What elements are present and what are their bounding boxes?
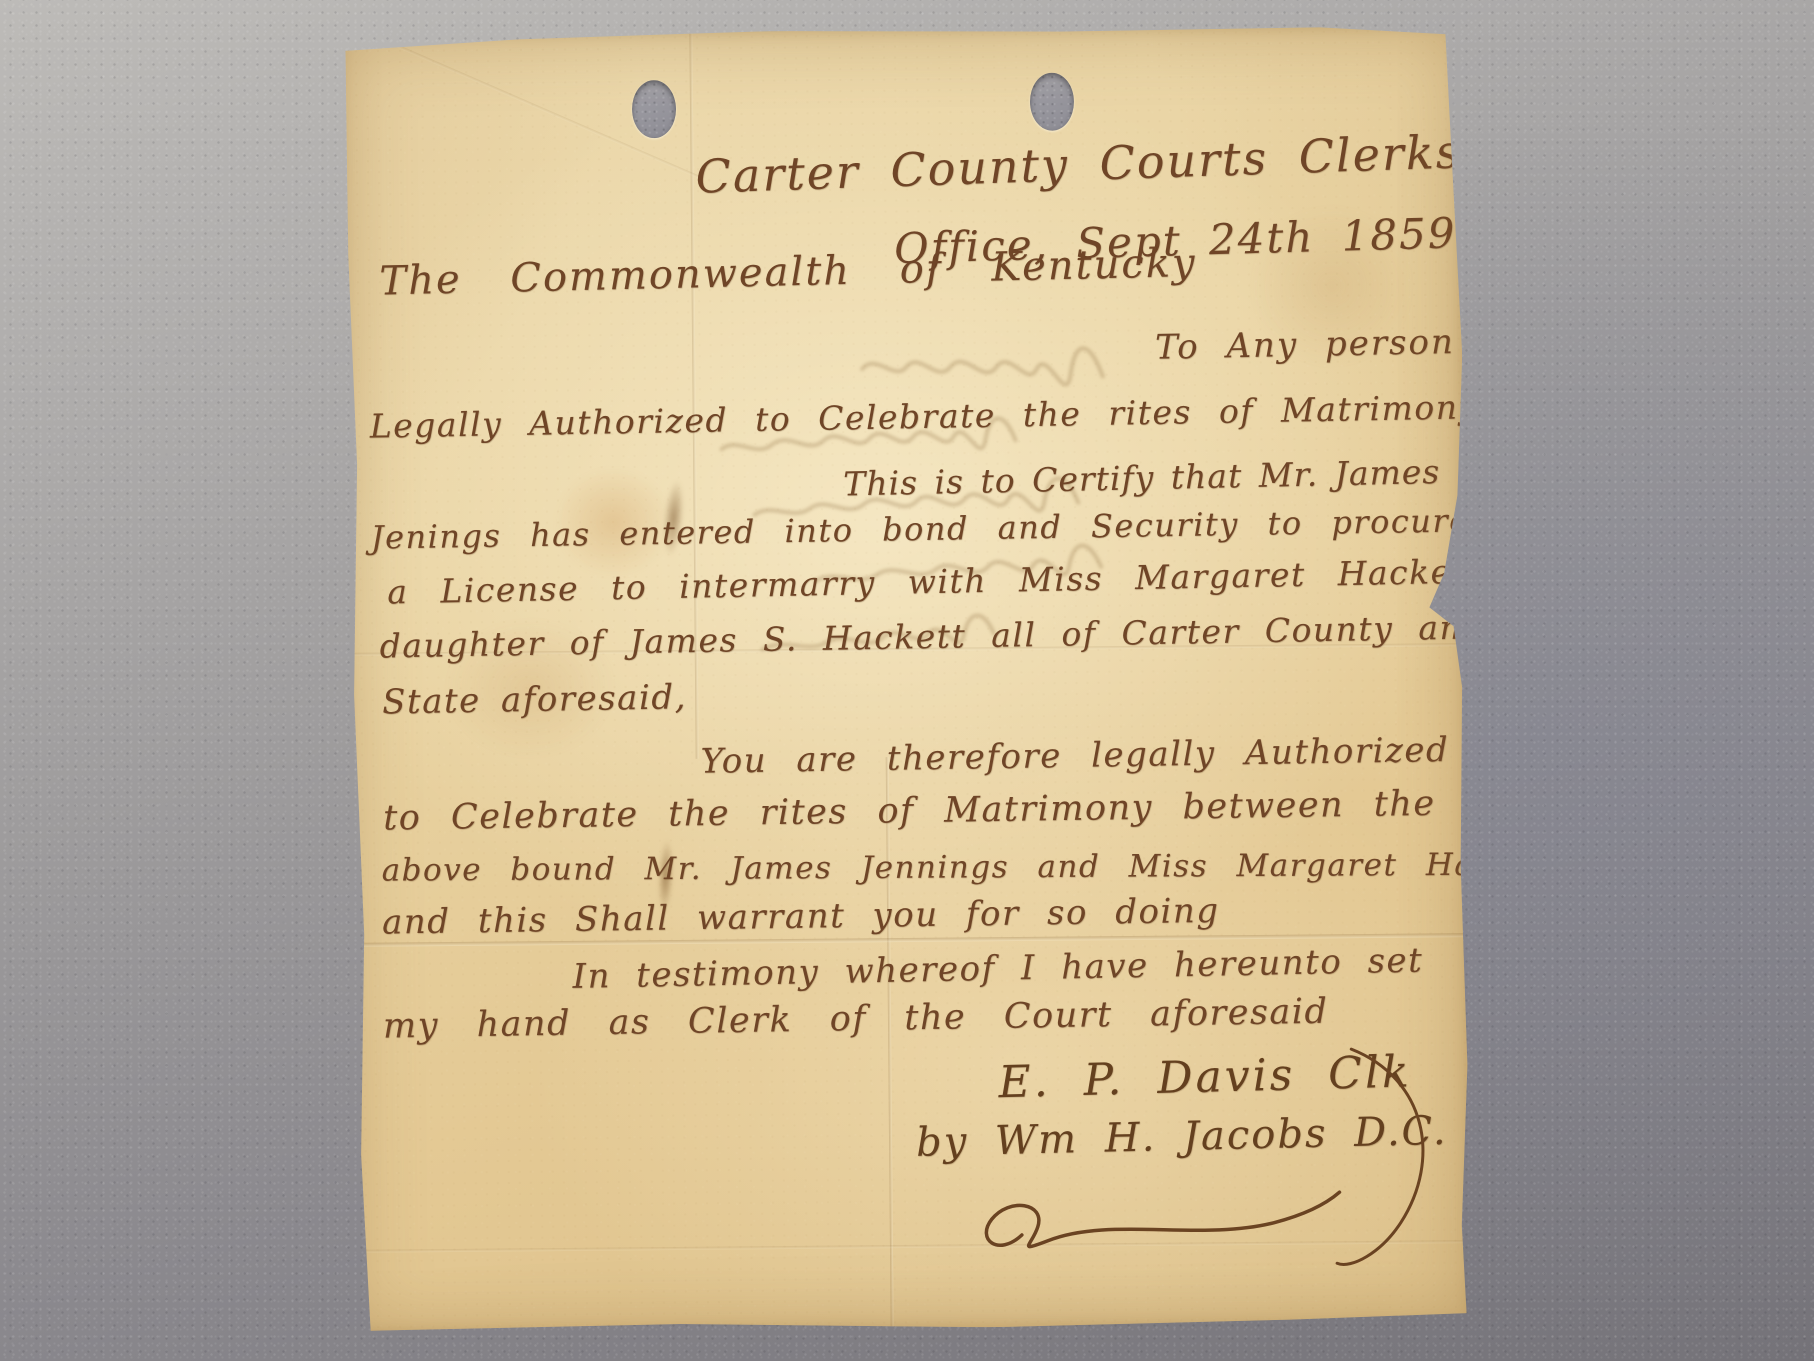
salutation-line: Legally Authorized to Celebrate the rite… xyxy=(369,387,1478,445)
commonwealth-line: The Commonwealth of Kentucky xyxy=(379,240,1197,305)
attestation-line: my hand as Clerk of the Court aforesaid xyxy=(383,992,1329,1047)
attestation-line: In testimony whereof I have hereunto set xyxy=(572,941,1423,997)
punch-hole-left xyxy=(632,80,677,138)
body-line: to Celebrate the rites of Matrimony betw… xyxy=(383,784,1436,839)
document-paper: Carter County Courts Clerks Office, Sept… xyxy=(339,25,1470,1333)
body-line: You are therefore legally Authorized xyxy=(700,730,1449,782)
signature-flourish xyxy=(969,1174,1350,1267)
punch-hole-right xyxy=(1030,73,1075,131)
body-line: and this Shall warrant you for so doing xyxy=(382,891,1220,943)
photo-of-document: Carter County Courts Clerks Office, Sept… xyxy=(0,0,1814,1361)
body-line: This is to Certify that Mr. James xyxy=(843,452,1441,503)
signature-bracket-flourish xyxy=(1333,1040,1475,1286)
body-line: above bound Mr. James Jennings and Miss … xyxy=(382,846,1548,888)
vertical-crease xyxy=(886,757,894,1328)
body-line: State aforesaid, xyxy=(382,677,687,722)
salutation-line: To Any person xyxy=(1155,322,1455,368)
